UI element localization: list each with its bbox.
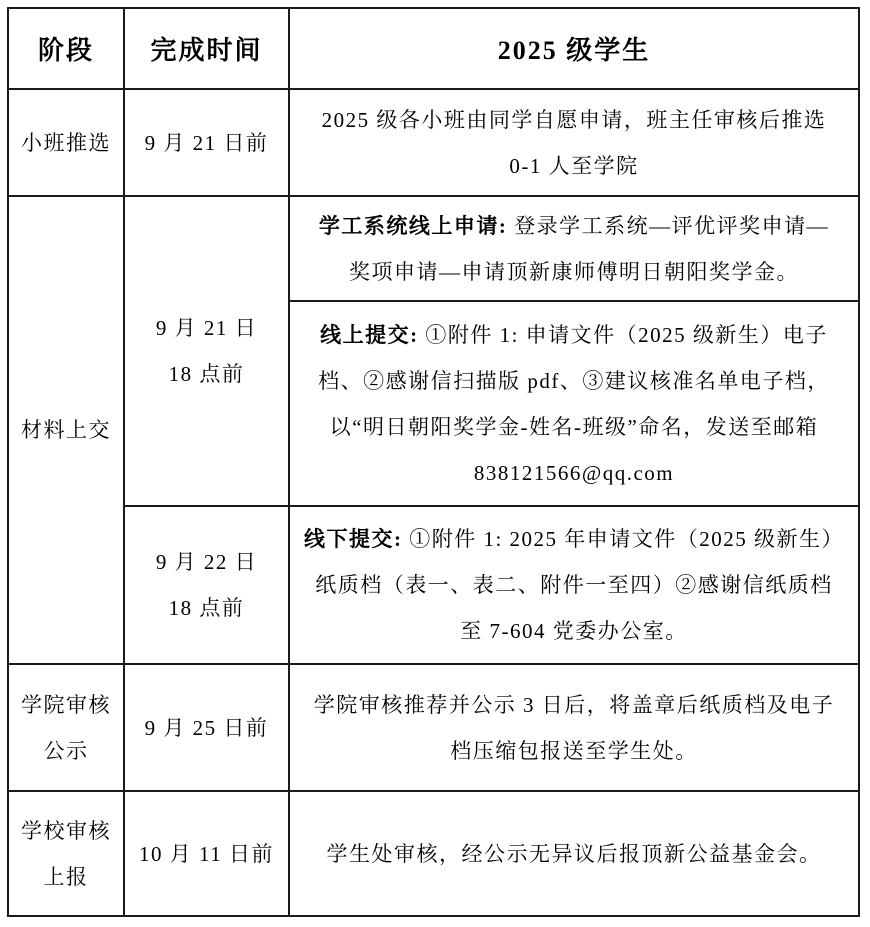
cell-time-offline-deadline: 9 月 22 日 18 点前 (124, 506, 289, 664)
cell-content-offline-submission: 线下提交: ①附件 1: 2025 年申请文件（2025 级新生） 纸质档（表一… (289, 506, 859, 664)
cell-content-college-review: 学院审核推荐并公示 3 日后，将盖章后纸质档及电子 档压缩包报送至学生处。 (289, 664, 859, 791)
cell-time-class-selection: 9 月 21 日前 (124, 89, 289, 196)
scholarship-schedule-table: 阶段 完成时间 2025 级学生 小班推选 9 月 21 日前 2025 级各小… (7, 7, 860, 917)
row-college-review: 学院审核 公示 9 月 25 日前 学院审核推荐并公示 3 日后，将盖章后纸质档… (8, 664, 859, 791)
cell-stage-school-review: 学校审核 上报 (8, 791, 124, 916)
row-school-review: 学校审核 上报 10 月 11 日前 学生处审核，经公示无异议后报顶新公益基金会… (8, 791, 859, 916)
cell-stage-college-review: 学院审核 公示 (8, 664, 124, 791)
header-stage: 阶段 (8, 8, 124, 89)
cell-time-school-review: 10 月 11 日前 (124, 791, 289, 916)
row-class-selection: 小班推选 9 月 21 日前 2025 级各小班由同学自愿申请，班主任审核后推选… (8, 89, 859, 196)
cell-content-system-application: 学工系统线上申请: 登录学工系统—评优评奖申请— 奖项申请—申请顶新康师傅明日朝… (289, 196, 859, 301)
online-submission-label: 线上提交: (320, 323, 419, 347)
row-material-submission-offline: 9 月 22 日 18 点前 线下提交: ①附件 1: 2025 年申请文件（2… (8, 506, 859, 664)
header-row: 阶段 完成时间 2025 级学生 (8, 8, 859, 89)
offline-submission-label: 线下提交: (304, 527, 403, 551)
header-time: 完成时间 (124, 8, 289, 89)
cell-stage-class-selection: 小班推选 (8, 89, 124, 196)
header-students-2025: 2025 级学生 (289, 8, 859, 89)
system-application-label: 学工系统线上申请: (319, 214, 508, 238)
cell-content-online-submission: 线上提交: ①附件 1: 申请文件（2025 级新生）电子 档、②感谢信扫描版 … (289, 301, 859, 506)
cell-time-online-deadline: 9 月 21 日 18 点前 (124, 196, 289, 506)
cell-time-college-review: 9 月 25 日前 (124, 664, 289, 791)
cell-content-class-selection: 2025 级各小班由同学自愿申请，班主任审核后推选 0-1 人至学院 (289, 89, 859, 196)
row-material-submission-system: 材料上交 9 月 21 日 18 点前 学工系统线上申请: 登录学工系统—评优评… (8, 196, 859, 301)
cell-stage-material-submission: 材料上交 (8, 196, 124, 664)
cell-content-school-review: 学生处审核，经公示无异议后报顶新公益基金会。 (289, 791, 859, 916)
